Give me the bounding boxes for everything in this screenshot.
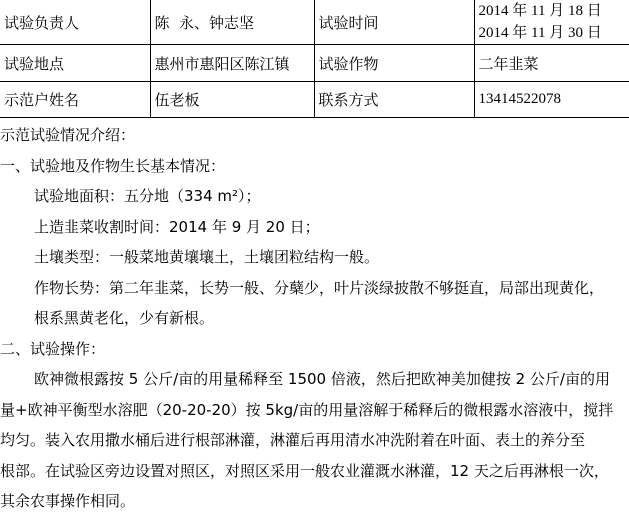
table-row: 试验负责人 陈 永、钟志坚 试验时间 2014 年 11 月 18 日 2014…: [0, 0, 629, 45]
paragraph-line: 欧神微根露按 5 公斤/亩的用量稀释至 1500 倍液，然后把欧神美加健按 2 …: [0, 364, 629, 395]
section1-heading: 一、试验地及作物生长基本情况：: [0, 151, 629, 182]
paragraph-line: 其余农事操作相同。: [0, 486, 629, 516]
paragraph-line: 上造韭菜收割时间：2014 年 9 月 20 日；: [0, 212, 629, 243]
end-date: 2014 年 11 月 30 日: [479, 22, 629, 44]
value-cell: 二年韭菜: [474, 45, 629, 82]
label-cell: 试验负责人: [0, 0, 150, 45]
paragraph-line: 量+欧神平衡型水溶肥（20-20-20）按 5kg/亩的用量溶解于稀释后的微根露…: [0, 395, 629, 426]
paragraph-line: 根系黑黄老化，少有新根。: [0, 303, 629, 334]
phone-cell: 13414522078: [474, 82, 629, 118]
label-cell: 试验地点: [0, 45, 150, 82]
paragraph-line: 均匀。装入农用撒水桶后进行根部淋灌，淋灌后再用清水冲洗附着在叶面、表土的养分至: [0, 425, 629, 456]
table-row: 示范户姓名 伍老板 联系方式 13414522078: [0, 82, 629, 118]
trial-info-table: 试验负责人 陈 永、钟志坚 试验时间 2014 年 11 月 18 日 2014…: [0, 0, 629, 118]
trial-description: 示范试验情况介绍： 一、试验地及作物生长基本情况： 试验地面积：五分地（334 …: [0, 120, 629, 516]
paragraph-line: 根部。在试验区旁边设置对照区，对照区采用一般农业灌溉水淋灌，12 天之后再淋根一…: [0, 456, 629, 487]
paragraph-line: 土壤类型：一般菜地黄壤壤土，土壤团粒结构一般。: [0, 242, 629, 273]
label-cell: 试验时间: [314, 0, 474, 45]
paragraph-line: 试验地面积：五分地（334 m²）；: [0, 181, 629, 212]
label-cell: 示范户姓名: [0, 82, 150, 118]
label-cell: 联系方式: [314, 82, 474, 118]
trial-dates-cell: 2014 年 11 月 18 日 2014 年 11 月 30 日: [474, 0, 629, 45]
label-cell: 试验作物: [314, 45, 474, 82]
table-row: 试验地点 惠州市惠阳区陈江镇 试验作物 二年韭菜: [0, 45, 629, 82]
value-cell: 伍老板: [150, 82, 314, 118]
intro-heading: 示范试验情况介绍：: [0, 120, 629, 151]
value-cell: 陈 永、钟志坚: [150, 0, 314, 45]
paragraph-line: 作物长势：第二年韭菜，长势一般、分蘖少，叶片淡绿披散不够挺直，局部出现黄化，: [0, 273, 629, 304]
section2-heading: 二、试验操作：: [0, 334, 629, 365]
value-cell: 惠州市惠阳区陈江镇: [150, 45, 314, 82]
start-date: 2014 年 11 月 18 日: [479, 0, 629, 22]
